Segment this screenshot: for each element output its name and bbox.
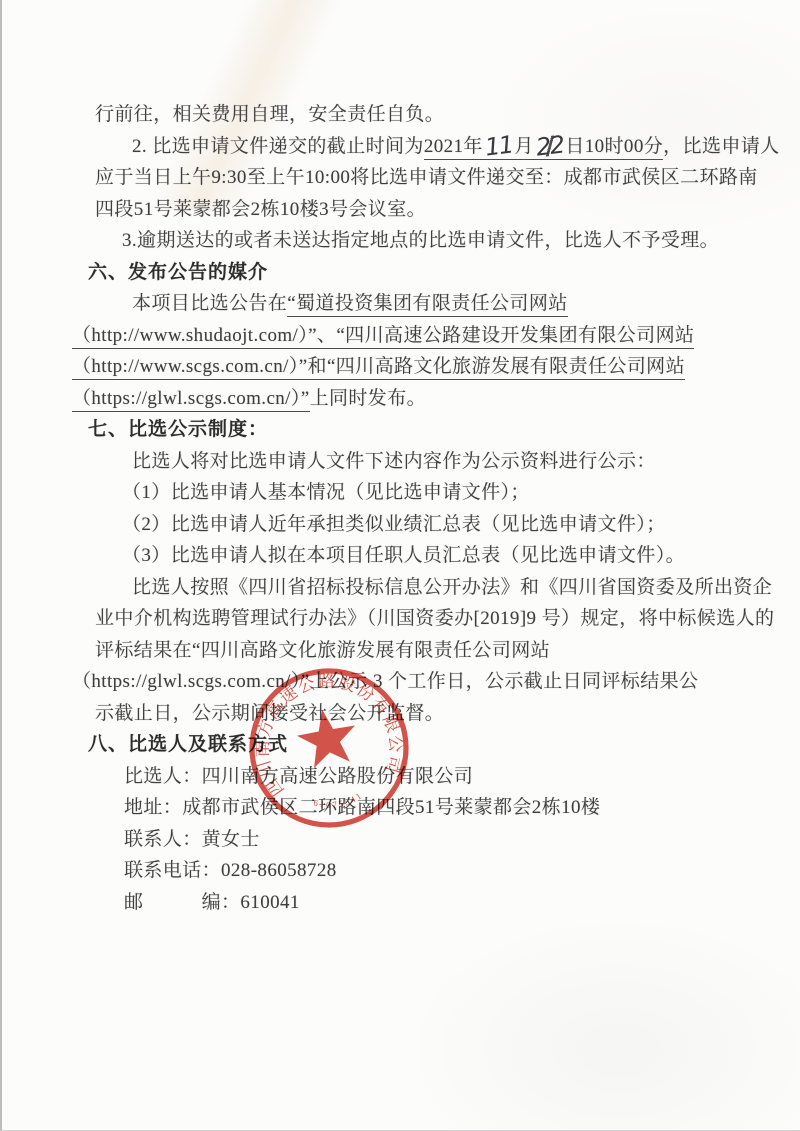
text-segment: 邮 编：610041 bbox=[124, 892, 300, 913]
text-segment: （1）比选申请人基本情况（见比选申请文件）； bbox=[122, 482, 530, 503]
underlined-text: “蜀道投资集团有限责任公司网站 bbox=[287, 293, 567, 317]
seal-serial-text: 61075541 bbox=[311, 789, 366, 814]
doc-line: 3.逾期送达的或者未送达指定地点的比选申请文件，比选人不予受理。 bbox=[88, 225, 800, 257]
handwritten-text: 11 bbox=[484, 134, 514, 157]
doc-line: 行前往，相关费用自理，安全责任自负。 bbox=[88, 99, 800, 131]
doc-line: （3）比选申请人拟在本项目任职人员汇总表（见比选申请文件）。 bbox=[88, 540, 800, 572]
text-segment: 六、发布公告的媒介 bbox=[88, 262, 268, 283]
doc-line: （https://glwl.scgs.com.cn/）”上公示 3 个工作日，公… bbox=[72, 666, 800, 698]
text-segment: 上同时发布。 bbox=[310, 388, 426, 409]
doc-line: 示截止日，公示期间接受社会公开监督。 bbox=[88, 698, 800, 730]
doc-line: （https://glwl.scgs.com.cn/）”上同时发布。 bbox=[72, 383, 800, 415]
underlined-text: （http://www.scgs.com.cn/）”和“四川高路文化旅游发展有限… bbox=[72, 356, 685, 380]
text-segment: 3.逾期送达的或者未送达指定地点的比选申请文件，比选人不予受理。 bbox=[122, 230, 719, 251]
text-segment: 应于当日上午9:30至上午10:00将比选申请文件递交至：成都市武侯区二环路南 bbox=[95, 167, 758, 188]
doc-line: 比选人：四川南方高速公路股份有限公司 bbox=[88, 761, 800, 793]
text-segment: 业中介机构选聘管理试行办法》（川国资委办[2019]9 号）规定，将中标候选人的 bbox=[95, 608, 774, 629]
doc-line: 联系电话：028-86058728 bbox=[88, 855, 800, 887]
section-heading: 七、比选公示制度： bbox=[88, 414, 800, 446]
doc-line: （http://www.shudaojt.com/）”、“四川高速公路建设开发集… bbox=[72, 320, 800, 352]
text-segment: 比选人按照《四川省招标投标信息公开办法》和《四川省国资委及所出资企 bbox=[132, 577, 772, 598]
doc-line: 地址：成都市武侯区二环路南四段51号莱蒙都会2栋10楼 bbox=[88, 792, 800, 824]
doc-line: （2）比选申请人近年承担类似业绩汇总表（见比选申请文件）； bbox=[88, 509, 800, 541]
text-segment: 2021年 bbox=[424, 136, 483, 157]
text-segment: 七、比选公示制度： bbox=[88, 419, 268, 440]
doc-line: 四段51号莱蒙都会2栋10楼3号会议室。 bbox=[88, 194, 800, 226]
underlined-text: （https://glwl.scgs.com.cn/）” bbox=[72, 388, 310, 412]
section-heading: 六、发布公告的媒介 bbox=[88, 257, 800, 289]
seal-star bbox=[293, 704, 361, 769]
text-segment: 日10时00分 bbox=[565, 136, 663, 157]
doc-line: 业中介机构选聘管理试行办法》（川国资委办[2019]9 号）规定，将中标候选人的 bbox=[88, 603, 800, 635]
text-segment: 联系人：黄女士 bbox=[124, 829, 260, 850]
official-seal: 四川南方高速公路股份有限公司 61075541 bbox=[213, 632, 445, 864]
doc-line: 2. 比选申请文件递交的截止时间为2021年11月22日10时00分，比选申请人 bbox=[88, 131, 800, 163]
underlined-fill-in: 2021年11月22日10时00分 bbox=[424, 136, 663, 160]
text-segment: 2. 比选申请文件递交的截止时间为 bbox=[132, 136, 424, 157]
doc-line: 评标结果在“四川高路文化旅游发展有限责任公司网站 bbox=[88, 635, 800, 667]
text-segment: （2）比选申请人近年承担类似业绩汇总表（见比选申请文件）； bbox=[122, 514, 666, 535]
handwritten-text: 22 bbox=[535, 134, 565, 157]
scan-edge-left bbox=[0, 0, 2, 1131]
section-heading: 八、比选人及联系方式 bbox=[88, 729, 800, 761]
doc-line: 本项目比选公告在“蜀道投资集团有限责任公司网站 bbox=[88, 288, 800, 320]
doc-line: 比选人将对比选申请人文件下述内容作为公示资料进行公示： bbox=[88, 446, 800, 478]
doc-line: 邮 编：610041 bbox=[88, 887, 800, 919]
doc-line: 比选人按照《四川省招标投标信息公开办法》和《四川省国资委及所出资企 bbox=[88, 572, 800, 604]
svg-text:61075541: 61075541 bbox=[311, 789, 366, 814]
doc-line: 应于当日上午9:30至上午10:00将比选申请文件递交至：成都市武侯区二环路南 bbox=[88, 162, 800, 194]
doc-line: （1）比选申请人基本情况（见比选申请文件）； bbox=[88, 477, 800, 509]
text-segment: 联系电话：028-86058728 bbox=[124, 860, 337, 881]
text-segment: 月 bbox=[514, 136, 533, 157]
text-segment: 行前往，相关费用自理，安全责任自负。 bbox=[95, 104, 444, 125]
scanned-document-page: 行前往，相关费用自理，安全责任自负。2. 比选申请文件递交的截止时间为2021年… bbox=[0, 0, 800, 1131]
text-segment: 本项目比选公告在 bbox=[132, 293, 287, 314]
text-segment: 比选人将对比选申请人文件下述内容作为公示资料进行公示： bbox=[132, 451, 656, 472]
underlined-text: （http://www.shudaojt.com/）”、“四川高速公路建设开发集… bbox=[72, 325, 694, 349]
doc-line: （http://www.scgs.com.cn/）”和“四川高路文化旅游发展有限… bbox=[72, 351, 800, 383]
text-segment: 四段51号莱蒙都会2栋10楼3号会议室。 bbox=[95, 199, 426, 220]
text-segment: （3）比选申请人拟在本项目任职人员汇总表（见比选申请文件）。 bbox=[122, 545, 685, 566]
text-segment: ，比选申请人 bbox=[663, 136, 779, 157]
